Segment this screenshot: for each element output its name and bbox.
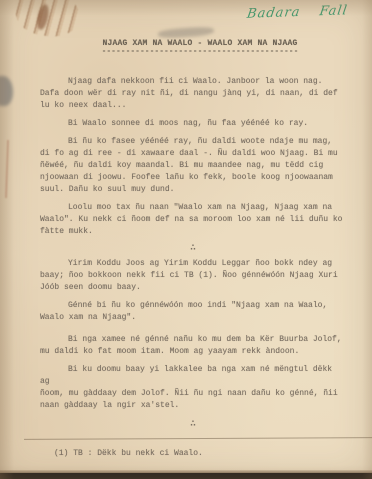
paragraph: Loolu moo tax ñu naan "Waalo xam na Njaa… bbox=[40, 202, 346, 238]
photo-edge bbox=[0, 473, 372, 479]
footnote-rule bbox=[24, 437, 372, 440]
section-separator: ∴ bbox=[40, 244, 346, 254]
paragraph: Génné bi ñu ko génnéwóón moo indi "Njaag… bbox=[40, 300, 346, 324]
section-separator: ∴ bbox=[40, 420, 346, 430]
footnote: (1) TB : Dëkk bu nekk ci Waalo. bbox=[54, 448, 346, 460]
paragraph: Bi ku doomu baay yi lakkalee ba nga xam … bbox=[40, 364, 346, 412]
paragraph: Bi nga xamee né génné nañu ko mu dem ba … bbox=[40, 334, 346, 358]
paragraph: Yirim Koddu Joos ag Yirim Koddu Leggar ñ… bbox=[40, 258, 346, 294]
paragraph: Bi Waalo sonnee di moos nag, ñu faa yéén… bbox=[40, 118, 346, 130]
photo-edge-artifact bbox=[0, 76, 13, 106]
title-underline: ----------------------------------------… bbox=[28, 49, 372, 55]
document-page: Badara Fall NJAAG XAM NA WAALO - WAALO X… bbox=[0, 0, 372, 479]
handwritten-name: Badara Fall bbox=[246, 3, 349, 22]
title-block: NJAAG XAM NA WAALO - WAALO XAM NA NJAAG … bbox=[0, 39, 372, 55]
paper-mark bbox=[5, 140, 9, 198]
erased-smudge bbox=[158, 26, 214, 39]
document-body: Njaag dafa nekkoon fii ci Waalo. Janboor… bbox=[40, 76, 346, 460]
paragraph: Njaag dafa nekkoon fii ci Waalo. Janboor… bbox=[40, 76, 346, 112]
paragraph: Bi ñu ko fasee yéénéé ray, ñu daldi woot… bbox=[40, 136, 346, 196]
